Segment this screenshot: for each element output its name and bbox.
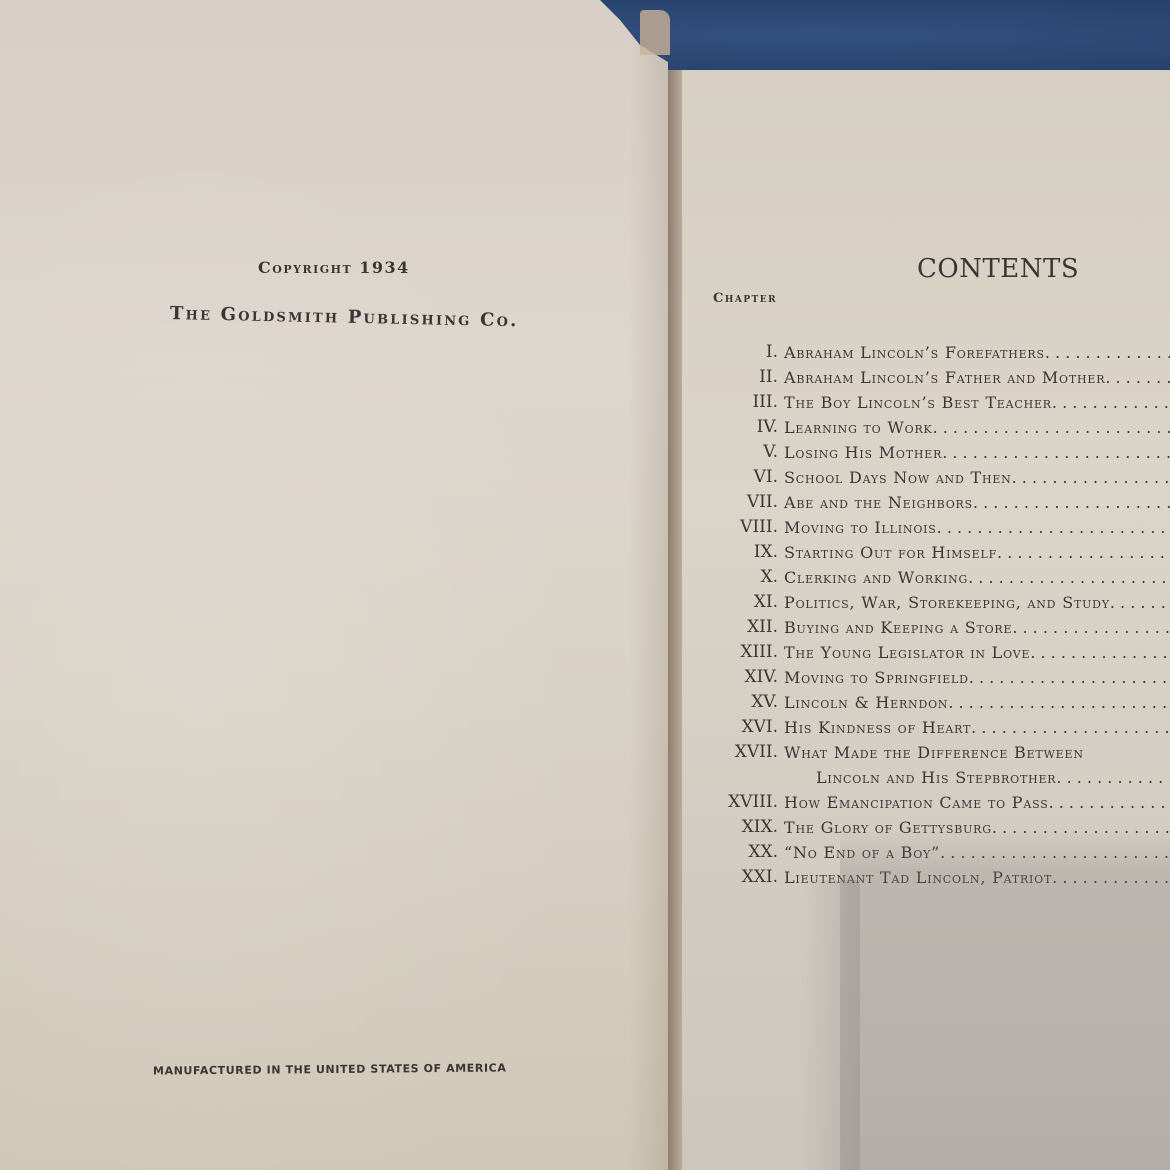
toc-entry: XIV. Moving to Springfield	[700, 665, 1170, 690]
chapter-title: What Made the Difference Between	[778, 740, 1084, 765]
chapter-title: The Young Legislator in Love	[778, 640, 1030, 665]
leader-dots	[1105, 365, 1170, 390]
chapter-number: XIII.	[700, 640, 778, 665]
torn-spine-fray	[640, 10, 670, 55]
toc-entry-continuation: Lincoln and His Stepbrother	[700, 765, 1170, 790]
toc-entry: XVII. What Made the Difference Between	[700, 740, 1170, 765]
chapter-title: Clerking and Working	[778, 565, 968, 590]
chapter-number: XX.	[700, 840, 778, 865]
chapter-number-spacer	[700, 765, 810, 790]
chapter-title: Moving to Springfield	[778, 665, 969, 690]
chapter-title-continuation: Lincoln and His Stepbrother	[810, 765, 1056, 790]
chapter-number: VI.	[700, 465, 778, 490]
toc-entry: VI. School Days Now and Then	[700, 465, 1170, 490]
leader-dots	[1012, 465, 1170, 490]
chapter-number: XIV.	[700, 665, 778, 690]
leader-dots	[1049, 790, 1170, 815]
leader-dots	[1012, 615, 1170, 640]
chapter-number: V.	[700, 440, 778, 465]
toc-entry: XI. Politics, War, Storekeeping, and Stu…	[700, 590, 1170, 615]
chapter-number: IX.	[700, 540, 778, 565]
chapter-title: His Kindness of Heart	[778, 715, 971, 740]
table-of-contents: I. Abraham Lincoln’s Forefathers II. Abr…	[700, 340, 1170, 890]
leader-dots	[992, 815, 1170, 840]
chapter-title: The Glory of Gettysburg	[778, 815, 992, 840]
chapter-title: Abraham Lincoln’s Father and Mother	[778, 365, 1105, 390]
left-page: Copyright 1934 The Goldsmith Publishing …	[0, 0, 668, 1170]
chapter-title: Learning to Work	[778, 415, 933, 440]
chapter-number: VIII.	[700, 515, 778, 540]
chapter-title: Losing His Mother	[778, 440, 942, 465]
chapter-number: X.	[700, 565, 778, 590]
chapter-number: XV.	[700, 690, 778, 715]
leader-dots	[942, 440, 1170, 465]
leader-dots	[940, 840, 1170, 865]
publisher-line: The Goldsmith Publishing Co.	[170, 303, 519, 331]
contents-heading: CONTENTS	[917, 254, 1079, 284]
chapter-number: XI.	[700, 590, 778, 615]
book-gutter	[668, 70, 682, 1170]
chapter-number: XIX.	[700, 815, 778, 840]
chapter-title: Politics, War, Storekeeping, and Study	[778, 590, 1110, 615]
toc-entry: XVI. His Kindness of Heart	[700, 715, 1170, 740]
leader-dots	[973, 490, 1170, 515]
toc-entry: II. Abraham Lincoln’s Father and Mother	[700, 365, 1170, 390]
leader-dots	[968, 565, 1170, 590]
chapter-title: Lieutenant Tad Lincoln, Patriot	[778, 865, 1052, 890]
chapter-title: Starting Out for Himself	[778, 540, 997, 565]
toc-entry: IX. Starting Out for Himself	[700, 540, 1170, 565]
leader-dots	[933, 415, 1170, 440]
chapter-number: XVI.	[700, 715, 778, 740]
toc-entry: I. Abraham Lincoln’s Forefathers	[700, 340, 1170, 365]
leader-dots	[1030, 640, 1170, 665]
leader-dots	[1045, 340, 1170, 365]
chapter-title: Abraham Lincoln’s Forefathers	[778, 340, 1045, 365]
chapter-number: XXI.	[700, 865, 778, 890]
leader-dots	[937, 515, 1170, 540]
chapter-number: XII.	[700, 615, 778, 640]
toc-entry: VIII. Moving to Illinois	[700, 515, 1170, 540]
toc-entry: XX. “No End of a Boy”	[700, 840, 1170, 865]
chapter-title: Buying and Keeping a Store	[778, 615, 1012, 640]
chapter-title: “No End of a Boy”	[778, 840, 940, 865]
leader-dots	[948, 690, 1170, 715]
leader-dots	[1052, 390, 1170, 415]
chapter-title: Abe and the Neighbors	[778, 490, 973, 515]
manufactured-line: Manufactured in the United States of Ame…	[153, 1061, 507, 1077]
leader-dots	[997, 540, 1170, 565]
toc-entry: IV. Learning to Work	[700, 415, 1170, 440]
chapter-title: School Days Now and Then	[778, 465, 1012, 490]
toc-entry: XIX. The Glory of Gettysburg	[700, 815, 1170, 840]
toc-entry: V. Losing His Mother	[700, 440, 1170, 465]
leader-dots	[1110, 590, 1170, 615]
chapter-number: II.	[700, 365, 778, 390]
chapter-title: The Boy Lincoln’s Best Teacher	[778, 390, 1052, 415]
toc-entry: X. Clerking and Working	[700, 565, 1170, 590]
chapter-number: XVII.	[700, 740, 778, 765]
leader-dots	[971, 715, 1170, 740]
chapter-number: I.	[700, 340, 778, 365]
chapter-number: VII.	[700, 490, 778, 515]
toc-entry: VII. Abe and the Neighbors	[700, 490, 1170, 515]
chapter-title: Lincoln & Herndon	[778, 690, 948, 715]
toc-entry: XXI. Lieutenant Tad Lincoln, Patriot	[700, 865, 1170, 890]
toc-entry: XIII. The Young Legislator in Love	[700, 640, 1170, 665]
chapter-title: How Emancipation Came to Pass	[778, 790, 1049, 815]
leader-dots	[969, 665, 1170, 690]
toc-entry: III. The Boy Lincoln’s Best Teacher	[700, 390, 1170, 415]
copyright-line: Copyright 1934	[258, 258, 410, 277]
chapter-number: XVIII.	[700, 790, 778, 815]
chapter-column-label: Chapter	[713, 291, 777, 306]
chapter-number: IV.	[700, 415, 778, 440]
leader-dots	[1056, 765, 1170, 790]
chapter-number: III.	[700, 390, 778, 415]
toc-entry: XVIII. How Emancipation Came to Pass	[700, 790, 1170, 815]
leader-dots	[1052, 865, 1170, 890]
toc-entry: XV. Lincoln & Herndon	[700, 690, 1170, 715]
chapter-title: Moving to Illinois	[778, 515, 937, 540]
toc-entry: XII. Buying and Keeping a Store	[700, 615, 1170, 640]
